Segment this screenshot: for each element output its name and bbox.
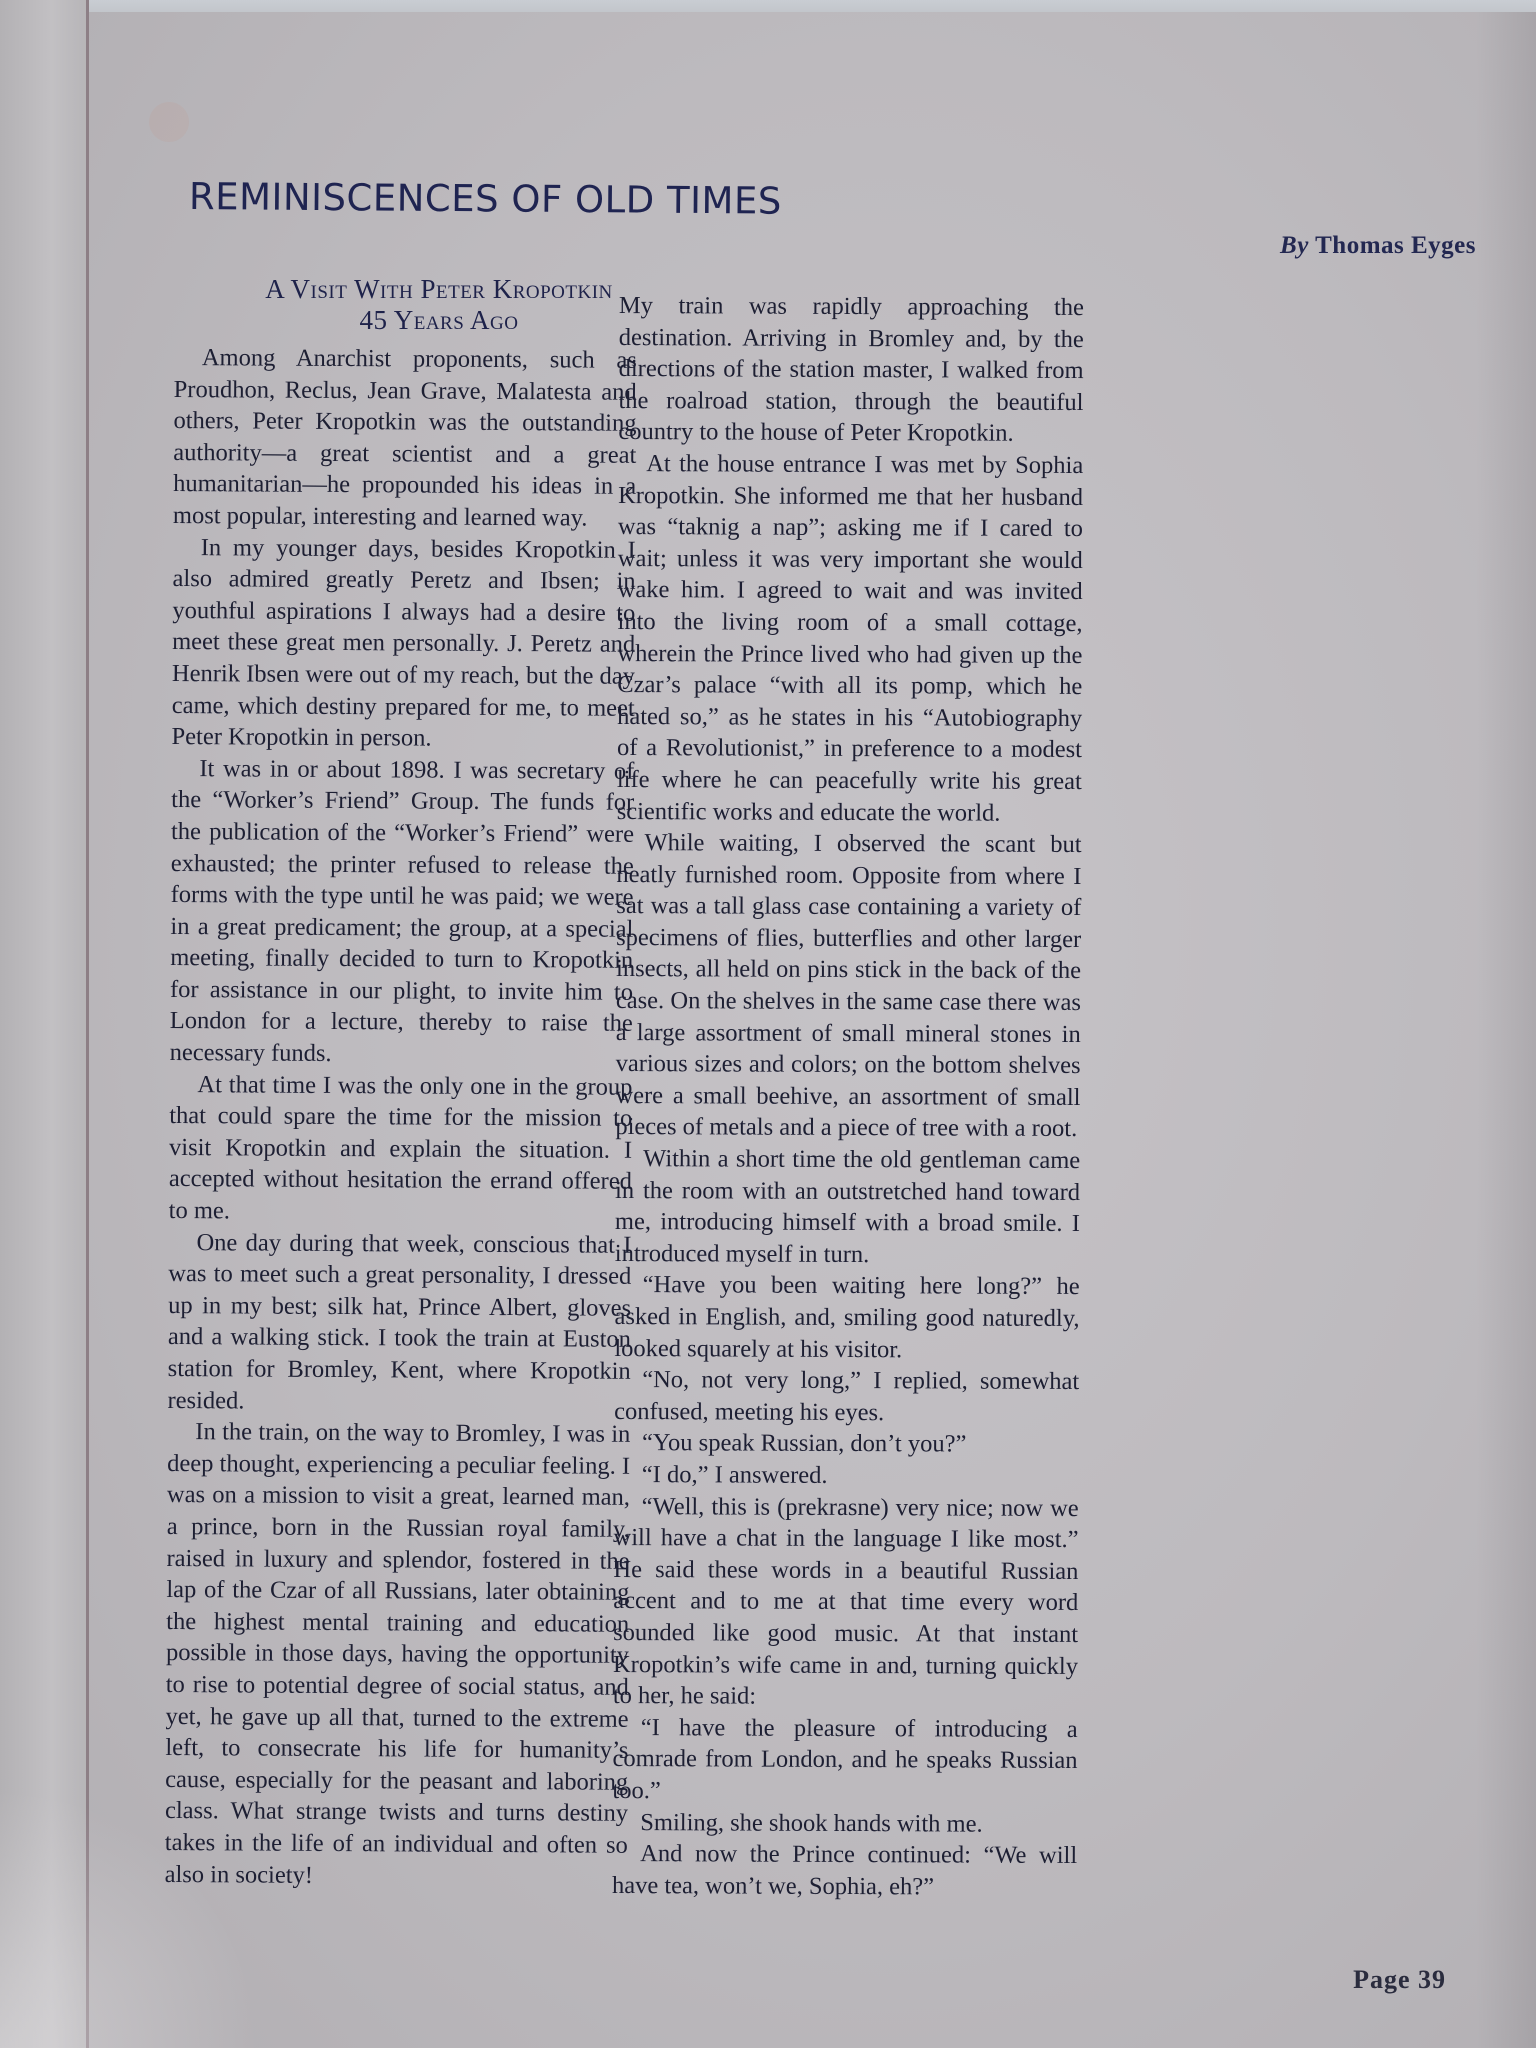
paragraph: One day during that week, conscious that… xyxy=(167,1227,631,1419)
paragraph: Smiling, she shook hands with me. xyxy=(612,1806,1077,1840)
paragraph: At that time I was the only one in the g… xyxy=(169,1069,633,1230)
paragraph: While waiting, I observed the scant but … xyxy=(615,827,1081,1145)
paragraph: “You speak Russian, don’t you?” xyxy=(614,1427,1079,1461)
byline-prefix: By xyxy=(1280,232,1309,259)
paragraph: “I have the pleasure of introducing a co… xyxy=(612,1712,1077,1809)
paragraph: It was in or about 1898. I was secretary… xyxy=(170,753,635,1072)
subheading-line-2: 45 Years Ago xyxy=(209,305,669,336)
paragraph: My train was rapidly approaching the des… xyxy=(618,290,1084,450)
paragraph: In my younger days, besides Kropotkin I … xyxy=(171,532,635,756)
article-subheading: A Visit With Peter Kropotkin 45 Years Ag… xyxy=(209,274,669,336)
page-number: Page 39 xyxy=(1353,1965,1446,1995)
byline: By Thomas Eyges xyxy=(1280,232,1476,260)
paper-stain xyxy=(149,102,189,142)
paragraph: “Well, this is (prekrasne) very nice; no… xyxy=(613,1491,1079,1714)
paragraph: Among Anarchist proponents, such as Prou… xyxy=(173,342,637,534)
magazine-page: REMINISCENCES OF OLD TIMES By Thomas Eyg… xyxy=(89,12,1536,2048)
paragraph: Within a short time the old gentleman ca… xyxy=(615,1143,1081,1271)
facing-page-edge xyxy=(0,0,86,2048)
byline-author: Thomas Eyges xyxy=(1315,232,1476,259)
paragraph: “No, not very long,” I replied, somewhat… xyxy=(614,1364,1079,1429)
right-column: My train was rapidly approaching the des… xyxy=(612,290,1084,1903)
subheading-line-1: A Visit With Peter Kropotkin xyxy=(209,274,669,305)
paragraph: And now the Prince continued: “We will h… xyxy=(612,1838,1077,1903)
paragraph: In the train, on the way to Bromley, I w… xyxy=(165,1416,631,1893)
paragraph: “I do,” I answered. xyxy=(614,1459,1079,1493)
article-title: REMINISCENCES OF OLD TIMES xyxy=(189,175,782,223)
paragraph: “Have you been waiting here long?” he as… xyxy=(614,1269,1079,1366)
page-shadow xyxy=(1476,12,1536,2048)
left-column: Among Anarchist proponents, such as Prou… xyxy=(165,342,637,1893)
paragraph: At the house entrance I was met by Sophi… xyxy=(617,448,1084,829)
